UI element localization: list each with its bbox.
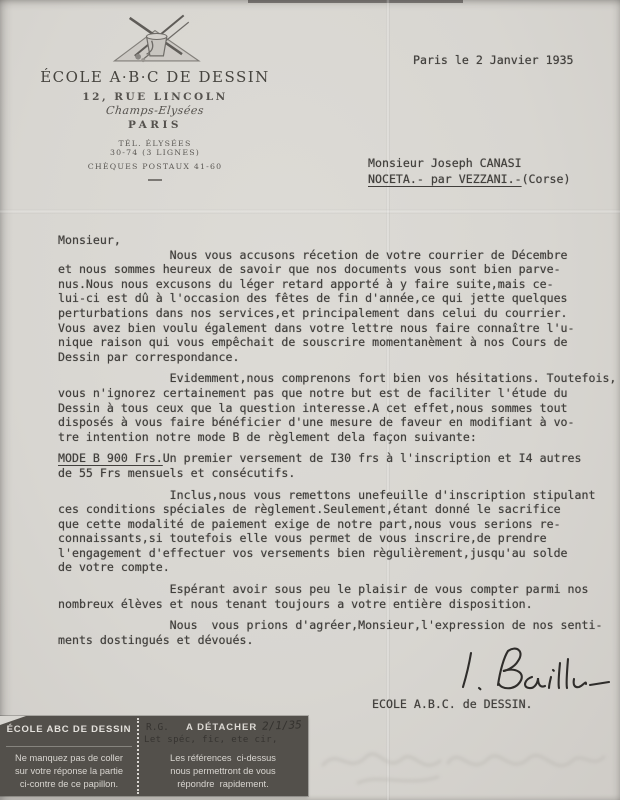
slip-dotted-separator [137,718,139,794]
slip-detach-label: A DÉTACHER [186,722,257,733]
slip-school-name: ÉCOLE ABC DE DESSIN [4,724,134,735]
slip-instructions: Ne manquez pas de coller sur votre répon… [2,752,136,791]
addressee-locality-underlined: NOCETA.- par VEZZANI.- [368,172,522,186]
inkwell-and-brushes-logo-icon [103,12,207,66]
pencil-date-annotation: 2/1/35 [262,718,302,732]
mode-b-terms-paragraph: MODE B 900 Frs.Un premier versement de I… [58,451,588,480]
letter-body: Monsieur, Nous vous accusons récetion de… [58,233,588,654]
letterhead-divider [148,179,162,181]
pencil-reference-annotation: R.G. [146,722,169,733]
slip-reference-note: Les références ci-dessus nous permettron… [142,752,304,791]
letterhead-postal-account: CHÈQUES POSTAUX 41-60 [35,162,275,171]
paragraph-2: Evidemment,nous comprenons fort bien vos… [58,371,588,444]
addressee-name: Monsieur Joseph CANASI [368,156,522,170]
letterhead-school-name: ÉCOLE A·B·C DE DESSIN [35,68,275,86]
mode-b-label-underlined: MODE B 900 Frs. [58,451,163,465]
pencil-note-annotation: Let spéc, fic, ete cir, [144,735,278,745]
horizontal-fold-crease [0,209,620,214]
paragraph-1: Nous vous accusons récetion de votre cou… [58,248,588,365]
letterhead-district: Champs-Elysées [34,104,275,117]
date-line: Paris le 2 Janvier 1935 [413,53,574,67]
letterhead-street-address: 12, RUE LINCOLN [35,91,275,103]
letterhead-phone-lines: 30-74 (3 LIGNES) [35,148,275,157]
scanner-edge-artifact [248,0,463,3]
addressee-block: Monsieur Joseph CANASI NOCETA.- par VEZZ… [368,155,570,187]
salutation: Monsieur, [58,233,588,248]
slip-left-divider [6,746,132,747]
letterhead-phone-label: TÉL. ÉLYSÉES [35,139,275,148]
typed-company-name: ECOLE A.B.C. de DESSIN. [372,697,533,711]
letterhead: ÉCOLE A·B·C DE DESSIN 12, RUE LINCOLN Ch… [35,12,275,181]
ink-bleed-ghost [318,735,608,795]
scanned-letter-page: ÉCOLE A·B·C DE DESSIN 12, RUE LINCOLN Ch… [0,0,620,800]
paragraph-5: Espérant avoir sous peu le plaisir de vo… [58,582,588,611]
letterhead-city: PARIS [35,119,275,131]
paragraph-4: Inclus,nous vous remettons unefeuille d'… [58,488,588,576]
addressee-region: (Corse) [522,172,571,186]
detachable-reply-slip: ÉCOLE ABC DE DESSIN Ne manquez pas de co… [0,716,308,796]
